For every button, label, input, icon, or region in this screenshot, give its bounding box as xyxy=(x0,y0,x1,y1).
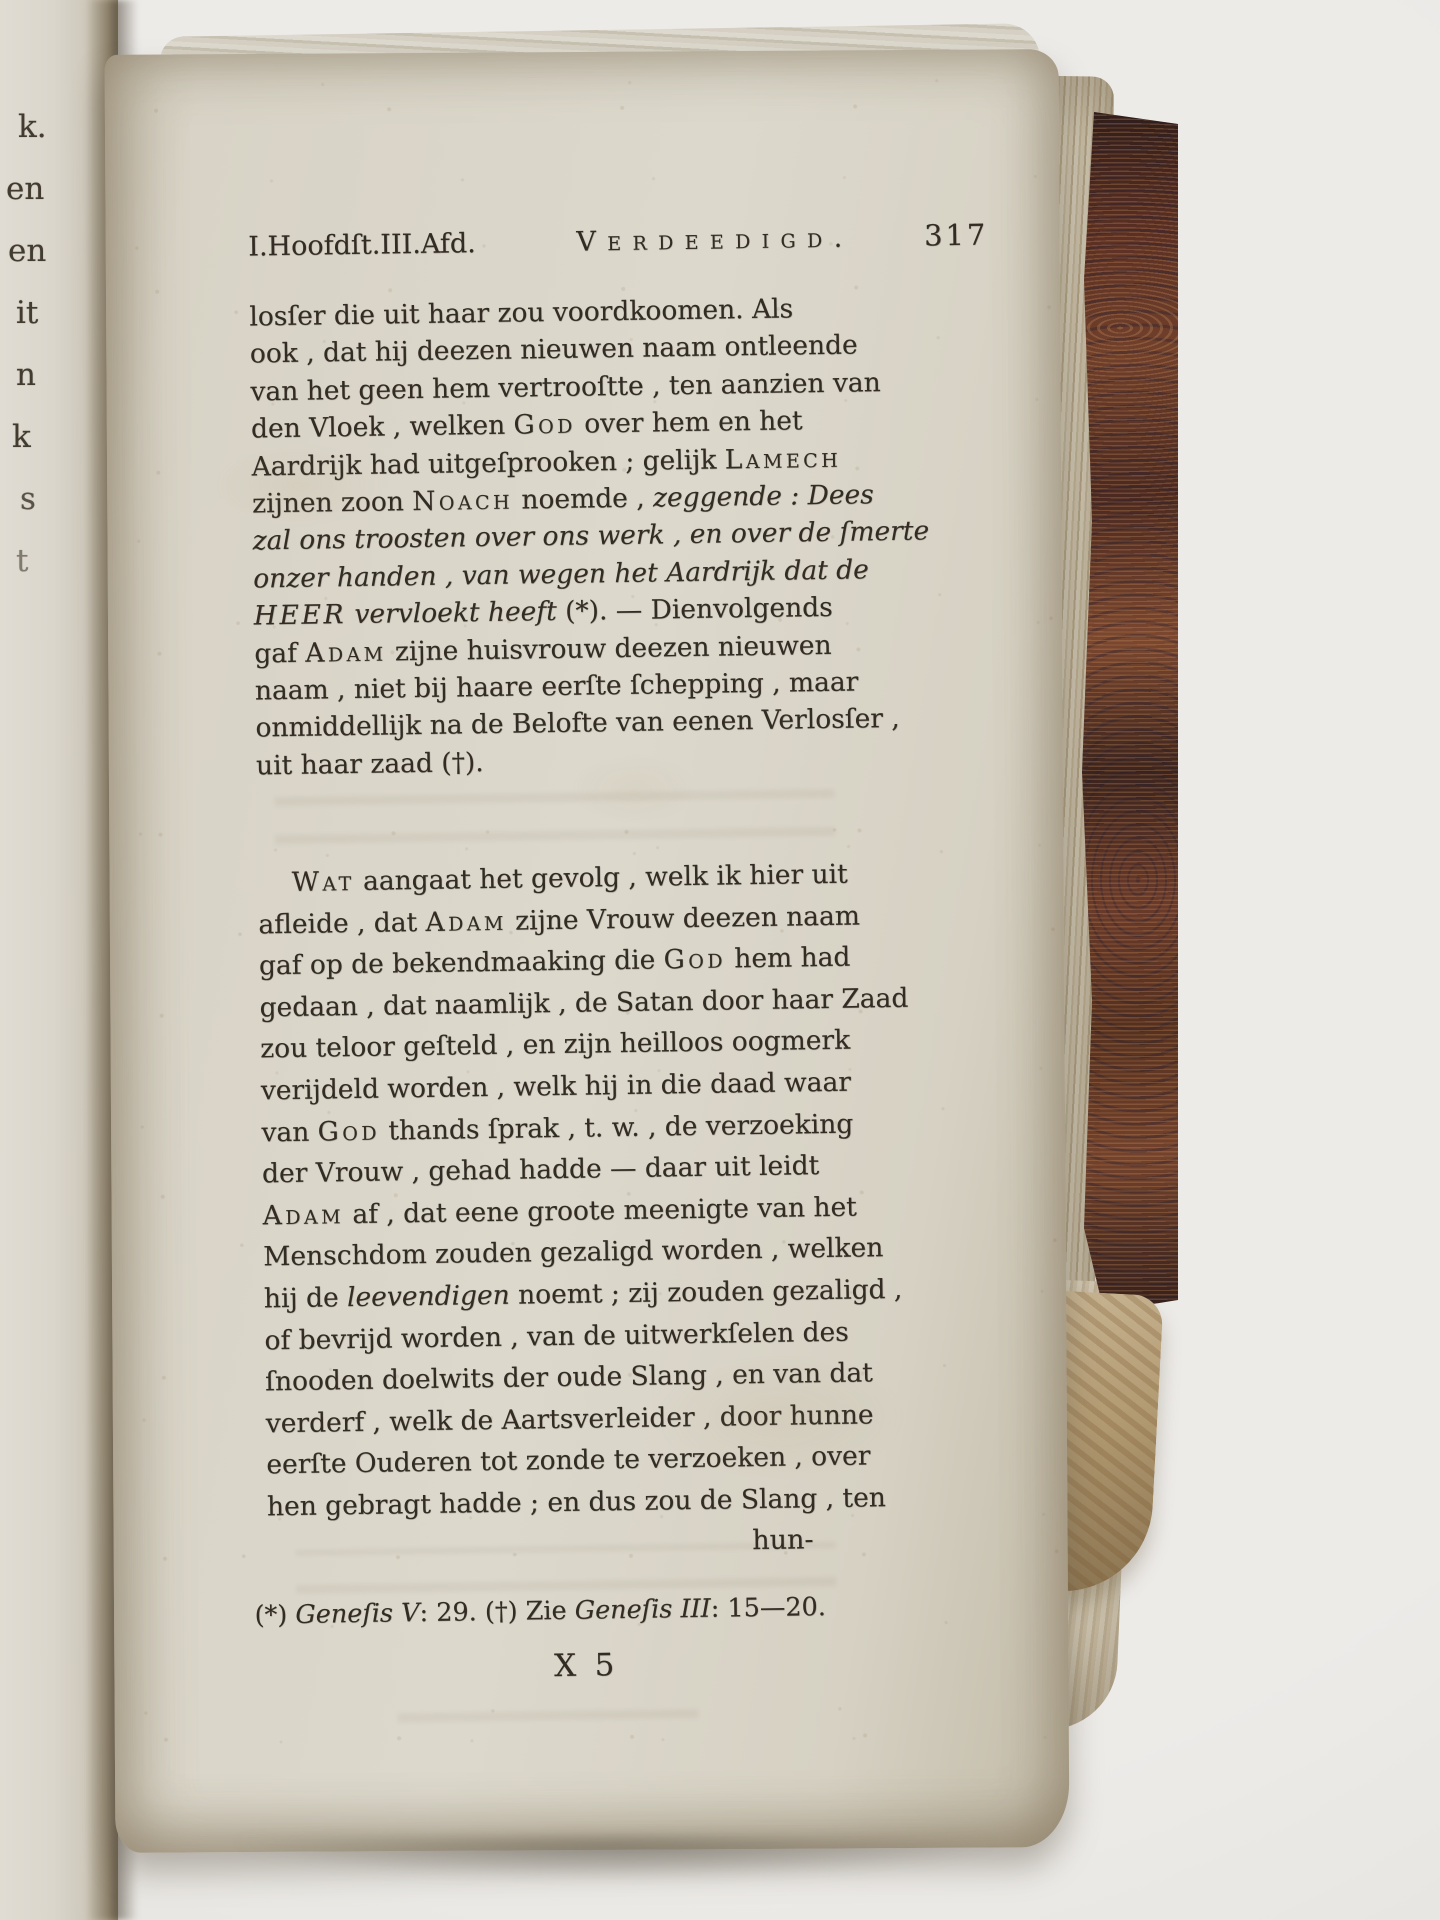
text-segment: vervloekt heeft xyxy=(346,596,557,630)
text-segment: af , dat eene groote meenigte van het xyxy=(344,1191,857,1230)
text-segment: hen gebragt hadde ; en dus zou de Slang … xyxy=(267,1482,886,1522)
show-through-smudge xyxy=(274,772,835,860)
text-segment: hem had xyxy=(726,942,851,975)
book-page: I.Hoofdſt.III.Afd. Verdeedigd. 317 losſe… xyxy=(105,49,1070,1853)
text-segment: Adam xyxy=(305,636,387,668)
text-segment: eerſte Ouderen tot zonde te verzoeken , … xyxy=(266,1441,870,1481)
text-segment: ſnooden doelwits der oude Slang , en van… xyxy=(265,1357,873,1397)
page-text-block: I.Hoofdſt.III.Afd. Verdeedigd. 317 losſe… xyxy=(104,48,1085,1860)
text-fragment: en xyxy=(8,220,47,282)
text-segment: van het geen hem vertrooſtte , ten aanzi… xyxy=(250,367,881,407)
text-segment: zeggende : Dees xyxy=(653,479,874,513)
text-segment: noemde , xyxy=(513,483,653,516)
text-segment: ook , dat hij deezen nieuwen naam ontlee… xyxy=(250,330,858,370)
text-segment: thands ſprak , t. w. , de verzoeking xyxy=(380,1108,854,1146)
text-line: hen gebragt hadde ; en dus zou de Slang … xyxy=(267,1477,902,1528)
text-segment: zal ons troosten over ons werk , en over… xyxy=(252,516,929,557)
text-segment: gaf xyxy=(254,637,305,669)
text-fragment: k xyxy=(12,406,47,468)
text-segment: Noach xyxy=(412,485,513,517)
text-segment: Geneſis V xyxy=(295,1598,420,1630)
text-segment: (*) xyxy=(254,1600,295,1631)
text-segment: zijne huisvrouw deezen nieuwen xyxy=(386,630,831,668)
text-segment: onmiddellijk na de Belofte van eenen Ver… xyxy=(255,703,900,744)
text-segment: zijnen zoon xyxy=(252,486,413,519)
marbled-cover-board xyxy=(1078,112,1178,1312)
text-segment: Aardrijk had uitgeſprooken ; gelijk xyxy=(251,444,725,482)
text-fragment: s xyxy=(20,468,47,530)
text-segment: Wat xyxy=(292,866,355,898)
catchword: hun- xyxy=(267,1523,901,1563)
running-title: Verdeedigd. xyxy=(576,223,854,258)
text-segment: of bevrijd worden , van de uitwerkſelen … xyxy=(264,1316,849,1356)
catchword-text: hun- xyxy=(752,1524,814,1556)
text-fragment: t xyxy=(16,530,47,592)
text-segment: losſer die uit haar zou voordkoomen. Als xyxy=(249,293,793,332)
text-segment: zou teloor geſteld , en zijn heilloos oo… xyxy=(260,1025,850,1065)
text-segment: verderf , welk de Aartsverleider , door … xyxy=(266,1399,874,1439)
text-fragment: n xyxy=(16,344,47,406)
text-fragment: en xyxy=(6,158,47,220)
text-segment: : 15—20. xyxy=(710,1592,826,1624)
chapter-section-label: I.Hoofdſt.III.Afd. xyxy=(248,228,476,262)
text-fragment: k. xyxy=(18,96,47,158)
text-segment: verijdeld worden , welk hij in die daad … xyxy=(261,1067,852,1107)
text-segment: gaf op de bekendmaaking die xyxy=(259,945,664,982)
text-segment: naam , niet bij haare eerſte ſchepping ,… xyxy=(255,667,859,707)
text-segment: den Vloek , welken xyxy=(251,410,514,445)
text-segment: van xyxy=(261,1116,318,1148)
previous-page-text-fragments: k.enenitnkst xyxy=(4,96,47,592)
text-segment: : 29. xyxy=(419,1597,477,1628)
text-segment: God xyxy=(663,944,726,976)
text-segment: onzer handen , van wegen het Aardrijk da… xyxy=(253,554,869,594)
book-photo: k.enenitnkst I.Hoofdſt.III.Afd. Verdeedi… xyxy=(0,0,1440,1920)
text-segment: (†) Zie xyxy=(477,1596,575,1627)
text-segment: Geneſis III xyxy=(575,1594,711,1626)
show-through-smudge xyxy=(398,1694,699,1738)
text-segment: leevendigen xyxy=(347,1280,510,1313)
text-segment: HEER xyxy=(254,599,347,631)
text-segment: aangaat het gevolg , welk ik hier uit xyxy=(354,859,847,897)
text-segment: Menschdom zouden gezaligd worden , welke… xyxy=(263,1233,883,1273)
text-segment: gedaan , dat naamlijk , de Satan door ha… xyxy=(259,983,908,1024)
text-segment: (*). — Dienvolgends xyxy=(557,592,833,627)
text-segment: God xyxy=(513,409,576,441)
paragraph-2: Wat aangaat het gevolg , welk ik hier ui… xyxy=(257,853,901,1528)
text-segment: God xyxy=(317,1115,380,1147)
page-number: 317 xyxy=(924,218,989,253)
text-segment: Adam xyxy=(262,1199,344,1231)
footnote: (*) Geneſis V: 29. (†) Zie Geneſis III: … xyxy=(254,1590,984,1631)
page-bottom-shadow xyxy=(120,1838,1110,1894)
page-header: I.Hoofdſt.III.Afd. Verdeedigd. 317 xyxy=(248,218,988,263)
text-segment: der Vrouw , gehad hadde — daar uit leidt xyxy=(262,1150,820,1189)
text-segment: Adam xyxy=(425,905,507,937)
text-line: (*) Geneſis V: 29. (†) Zie Geneſis III: … xyxy=(254,1590,984,1631)
text-segment: uit haar zaad (†). xyxy=(256,747,484,781)
text-segment: noemt ; zij zouden gezaligd , xyxy=(509,1274,902,1311)
text-segment: hij de xyxy=(264,1282,348,1314)
text-segment: over hem en het xyxy=(576,406,803,440)
paragraph-1: losſer die uit haar zou voordkoomen. Als… xyxy=(249,289,890,785)
text-segment: afleide , dat xyxy=(258,907,426,940)
text-segment: Lamech xyxy=(725,442,842,475)
text-fragment: it xyxy=(16,282,47,344)
text-segment: zijne Vrouw deezen naam xyxy=(507,900,861,936)
gathering-signature: X 5 xyxy=(269,1643,903,1688)
